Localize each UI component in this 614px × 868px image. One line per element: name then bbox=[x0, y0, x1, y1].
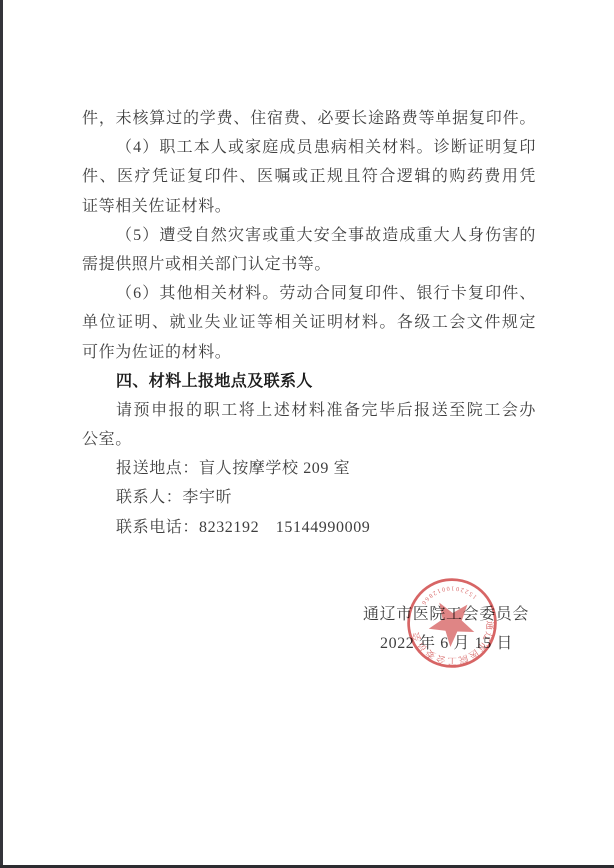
doc-line-2: 件、医疗凭证复印件、医嘱或正规且符合逻辑的购药费用凭 bbox=[82, 162, 536, 191]
doc-line-13: 联系人：李宇昕 bbox=[82, 483, 536, 512]
doc-line-7: 单位证明、就业失业证等相关证明材料。各级工会文件规定 bbox=[82, 308, 536, 337]
doc-line-0: 件，未核算过的学费、住宿费、必要长途路费等单据复印件。 bbox=[82, 104, 536, 133]
doc-line-16: 2022 年 6 月 15 日 bbox=[82, 629, 536, 658]
doc-line-15: 通辽市医院工会委员会 bbox=[82, 600, 536, 629]
document-lines: 件，未核算过的学费、住宿费、必要长途路费等单据复印件。（4）职工本人或家庭成员患… bbox=[82, 104, 536, 659]
doc-line-10: 请预申报的职工将上述材料准备完毕后报送至院工会办 bbox=[82, 396, 536, 425]
doc-line-9: 四、材料上报地点及联系人 bbox=[82, 367, 536, 396]
doc-line-8: 可作为佐证的材料。 bbox=[82, 338, 536, 367]
doc-line-11: 公室。 bbox=[82, 425, 536, 454]
doc-line-3: 证等相关佐证材料。 bbox=[82, 192, 536, 221]
doc-line-1: （4）职工本人或家庭成员患病相关材料。诊断证明复印 bbox=[82, 133, 536, 162]
doc-line-12: 报送地点：盲人按摩学校 209 室 bbox=[82, 454, 536, 483]
doc-line-6: （6）其他相关材料。劳动合同复印件、银行卡复印件、 bbox=[82, 279, 536, 308]
doc-line-5: 需提供照片或相关部门认定书等。 bbox=[82, 250, 536, 279]
doc-line-4: （5）遭受自然灾害或重大安全事故造成重大人身伤害的 bbox=[82, 221, 536, 250]
doc-line-14: 联系电话：8232192 15144990009 bbox=[82, 513, 536, 542]
scan-left-edge-line bbox=[0, 0, 3, 868]
scanned-document-page: { "page": { "background": "#ffffff", "ed… bbox=[0, 0, 614, 868]
